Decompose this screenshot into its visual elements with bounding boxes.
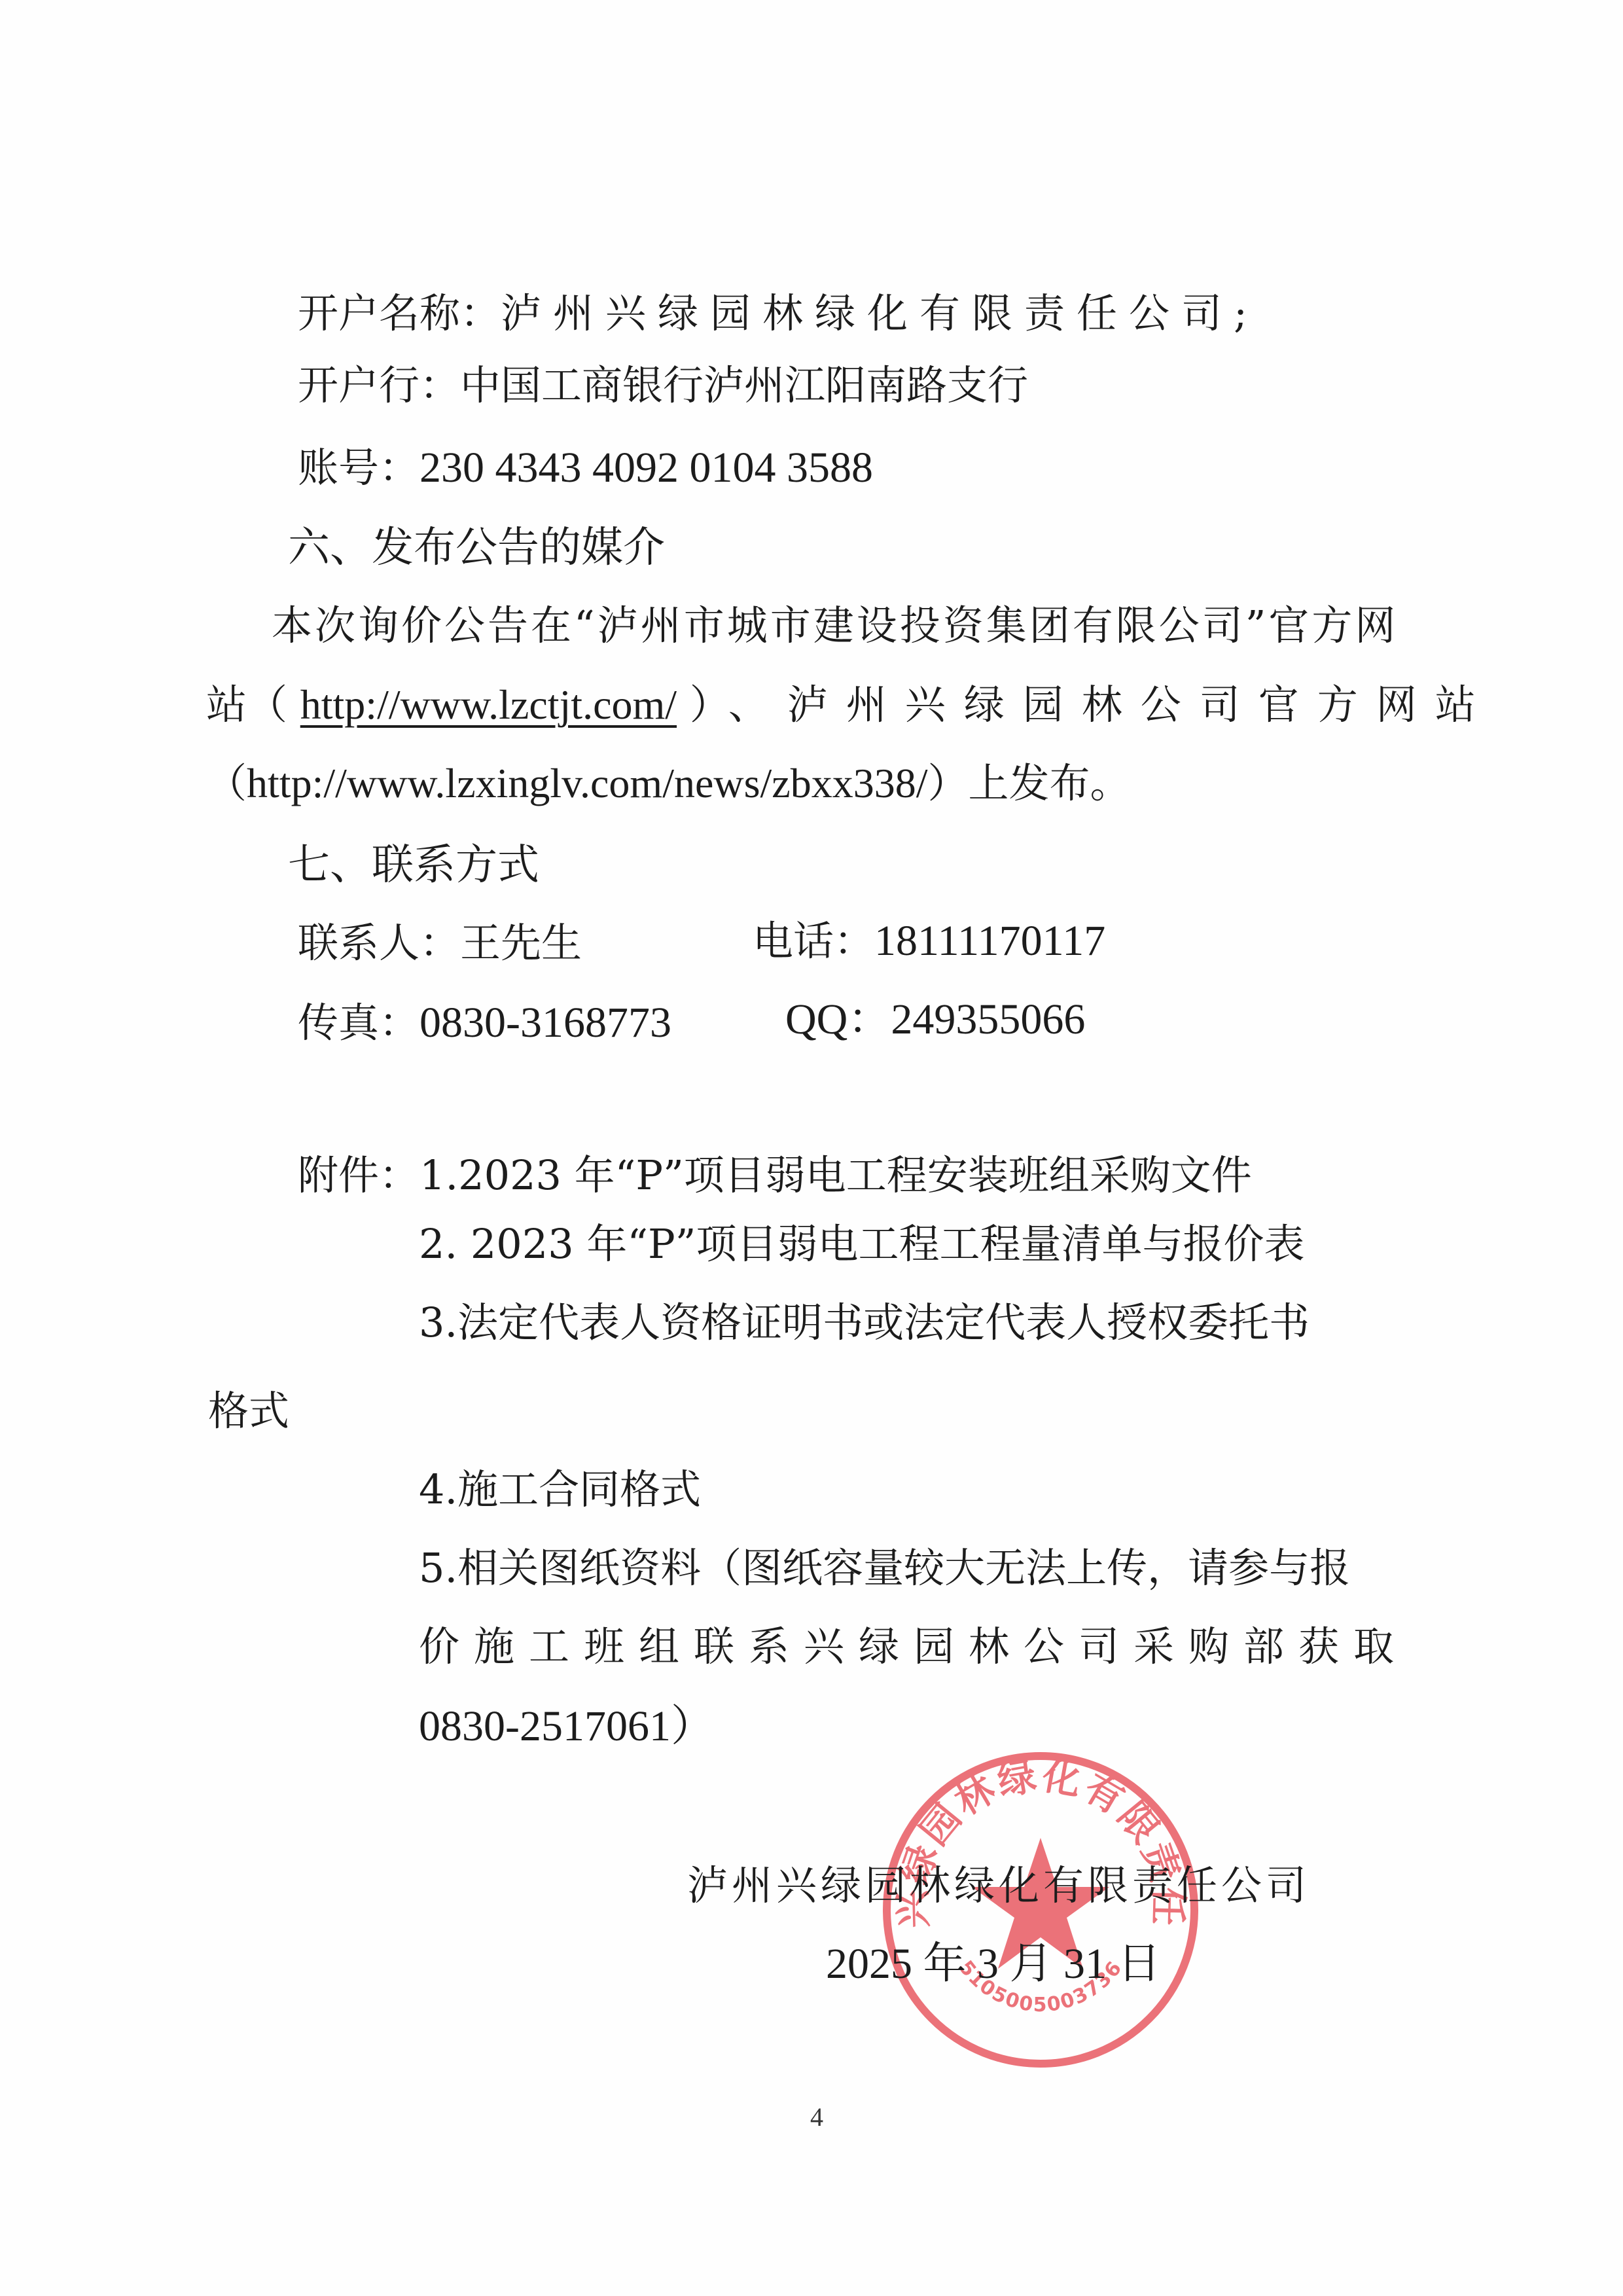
section6-heading: 六、发布公告的媒介 <box>288 527 665 569</box>
attachment-item: 5.相关图纸资料（图纸容量较大无法上传，请参与报 <box>419 1548 1350 1588</box>
account-number-label: 账号： <box>298 444 419 492</box>
account-number-line: 账号：230 4343 4092 0104 3588 <box>298 446 873 490</box>
lzctjt-link[interactable]: http://www.lzctjt.com/ <box>300 681 677 728</box>
account-bank-value: 中国工商银行泸州江阳南路支行 <box>460 361 1028 409</box>
section6-para-line2: 站（ http://www.lzctjt.com/ ）、泸州兴绿园林公司官方网站 <box>206 684 1494 726</box>
fax-label: 传真： <box>298 999 419 1047</box>
attachment-item: 3.法定代表人资格证明书或法定代表人授权委托书 <box>419 1302 1310 1343</box>
attachment-item: 4.施工合同格式 <box>419 1469 701 1510</box>
para-text: ）、泸州兴绿园林公司官方网站 <box>690 681 1494 728</box>
para-text: （ <box>206 759 247 807</box>
phone-label: 电话： <box>753 917 874 965</box>
account-bank-line: 开户行：中国工商银行泸州江阳南路支行 <box>298 365 1028 406</box>
fax-line: 传真：0830-3168773 <box>298 1001 671 1045</box>
section7-heading: 七、联系方式 <box>288 844 539 886</box>
page-number: 4 <box>810 2104 823 2130</box>
attachment-item-continuation: 0830-2517061） <box>419 1705 714 1748</box>
company-seal-stamp: 泸州兴绿园林绿化有限责任公司 5105005003736 <box>877 1746 1204 2073</box>
account-name-label: 开户名称： <box>298 289 501 337</box>
attachment-item-continuation: 格式 <box>208 1391 289 1431</box>
contact-person-line: 联系人：王先生 <box>298 923 582 963</box>
section6-para-line3: （http://www.lzxinglv.com/news/zbxx338/）上… <box>206 762 1131 804</box>
attachments-label: 附件： <box>298 1151 419 1199</box>
qq-label: QQ： <box>785 996 891 1043</box>
account-number-value: 230 4343 4092 0104 3588 <box>419 444 873 492</box>
attachment-item: 1.2023 年“P”项目弱电工程安装班组采购文件 <box>419 1151 1252 1199</box>
phone-value: 18111170117 <box>874 917 1105 965</box>
account-name-line: 开户名称：泸州兴绿园林绿化有限责任公司; <box>298 293 1259 334</box>
para-text: 站（ <box>206 681 287 728</box>
phone-line: 电话：18111170117 <box>753 920 1105 963</box>
fax-value: 0830-3168773 <box>419 999 671 1047</box>
attachment-item: 2. 2023 年“P”项目弱电工程工程量清单与报价表 <box>419 1224 1304 1265</box>
lzxinglv-link[interactable]: http://www.lzxinglv.com/news/zbxx338/ <box>247 760 927 806</box>
attachments-line-1: 附件：1.2023 年“P”项目弱电工程安装班组采购文件 <box>298 1155 1252 1196</box>
account-bank-label: 开户行： <box>298 361 460 409</box>
signature-company: 泸州兴绿园林绿化有限责任公司 <box>687 1865 1310 1906</box>
contact-label: 联系人： <box>298 919 460 967</box>
account-name-value: 泸州兴绿园林绿化有限责任公司; <box>501 289 1259 337</box>
attachment-item-continuation: 价施工班组联系兴绿园林公司采购部获取 <box>419 1626 1408 1667</box>
document-page: 开户名称：泸州兴绿园林绿化有限责任公司; 开户行：中国工商银行泸州江阳南路支行 … <box>0 0 1623 2296</box>
contact-value: 王先生 <box>460 919 582 967</box>
section6-para-line1: 本次询价公告在“泸州市城市建设投资集团有限公司”官方网 <box>272 605 1398 646</box>
qq-value: 249355066 <box>891 996 1085 1043</box>
para-text: ）上发布。 <box>927 759 1130 807</box>
signature-date: 2025 年 3 月 31 日 <box>826 1943 1161 1986</box>
qq-line: QQ：249355066 <box>785 998 1085 1041</box>
